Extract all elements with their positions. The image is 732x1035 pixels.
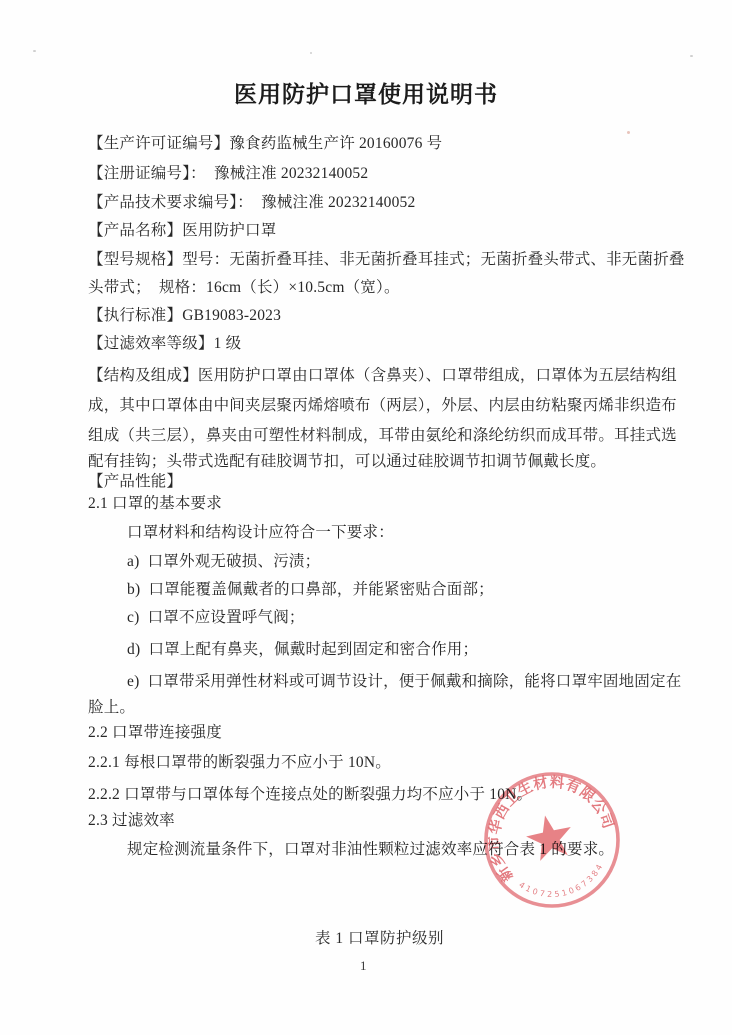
document-text-line: 2.2 口罩带连接强度 xyxy=(88,723,222,743)
document-text-line: b) 口罩能覆盖佩戴者的口鼻部，并能紧密贴合面部； xyxy=(127,580,494,600)
seal-star-icon xyxy=(526,816,571,861)
document-text-line: c) 口罩不应设置呼气阀； xyxy=(127,608,305,628)
document-text-line: 【结构及组成】医用防护口罩由口罩体（含鼻夹）、口罩带组成，口罩体为五层结构组 xyxy=(88,366,677,386)
scan-speck xyxy=(627,131,630,134)
document-text-line: 【生产许可证编号】豫食药监械生产许 20160076 号 xyxy=(88,134,442,154)
document-text-line: a) 口罩外观无破损、污渍； xyxy=(127,552,320,572)
document-text-line: 头带式； 规格：16cm（长）×10.5cm（宽）。 xyxy=(88,278,400,298)
document-text-line: 2.2.1 每根口罩带的断裂强力不应小于 10N。 xyxy=(88,753,391,773)
document-text-line: 2.3 过滤效率 xyxy=(88,811,175,831)
scan-speck xyxy=(33,50,36,52)
document-text-line: 【型号规格】型号：无菌折叠耳挂、非无菌折叠耳挂式；无菌折叠头带式、非无菌折叠 xyxy=(88,250,685,270)
document-text-line: 成，其中口罩体由中间夹层聚丙烯熔喷布（两层），外层、内层由纺粘聚丙烯非织造布 xyxy=(88,396,677,416)
document-title: 医用防护口罩使用说明书 xyxy=(0,76,732,109)
document-text-line: 配有挂钩；头带式选配有硅胶调节扣，可以通过硅胶调节扣调节佩戴长度。 xyxy=(88,452,606,472)
document-text-line: 【注册证编号】： 豫械注准 20232140052 xyxy=(88,164,368,184)
table1-caption: 表 1 口罩防护级别 xyxy=(315,926,444,948)
document-text-line: 2.1 口罩的基本要求 xyxy=(88,494,222,514)
document-text-line: 【执行标准】GB19083-2023 xyxy=(88,306,281,326)
document-text-line: 【产品技术要求编号】： 豫械注准 20232140052 xyxy=(88,193,415,213)
company-seal-stamp-icon: 新乡市华西卫生材料有限公司 4107251067384 xyxy=(462,752,642,932)
document-text-line: 组成（共三层），鼻夹由可塑性材料制成，耳带由氨纶和涤纶纺织而成耳带。耳挂式选 xyxy=(88,426,677,446)
scan-speck xyxy=(690,55,693,57)
scan-speck xyxy=(310,52,312,54)
page-number: 1 xyxy=(360,958,367,974)
document-text-line: 【过滤效率等级】1 级 xyxy=(88,334,241,354)
document-text-line: 口罩材料和结构设计应符合一下要求： xyxy=(127,523,394,543)
document-text-line: 【产品性能】 xyxy=(88,472,182,492)
document-text-line: 【产品名称】医用防护口罩 xyxy=(88,221,276,241)
document-text-line: 脸上。 xyxy=(88,698,135,718)
document-text-line: e) 口罩带采用弹性材料或可调节设计，便于佩戴和摘除，能将口罩牢固地固定在 xyxy=(127,672,681,692)
document-text-line: d) 口罩上配有鼻夹，佩戴时起到固定和密合作用； xyxy=(127,640,478,660)
scanned-document-page: 医用防护口罩使用说明书 【生产许可证编号】豫食药监械生产许 20160076 号… xyxy=(0,0,732,1035)
